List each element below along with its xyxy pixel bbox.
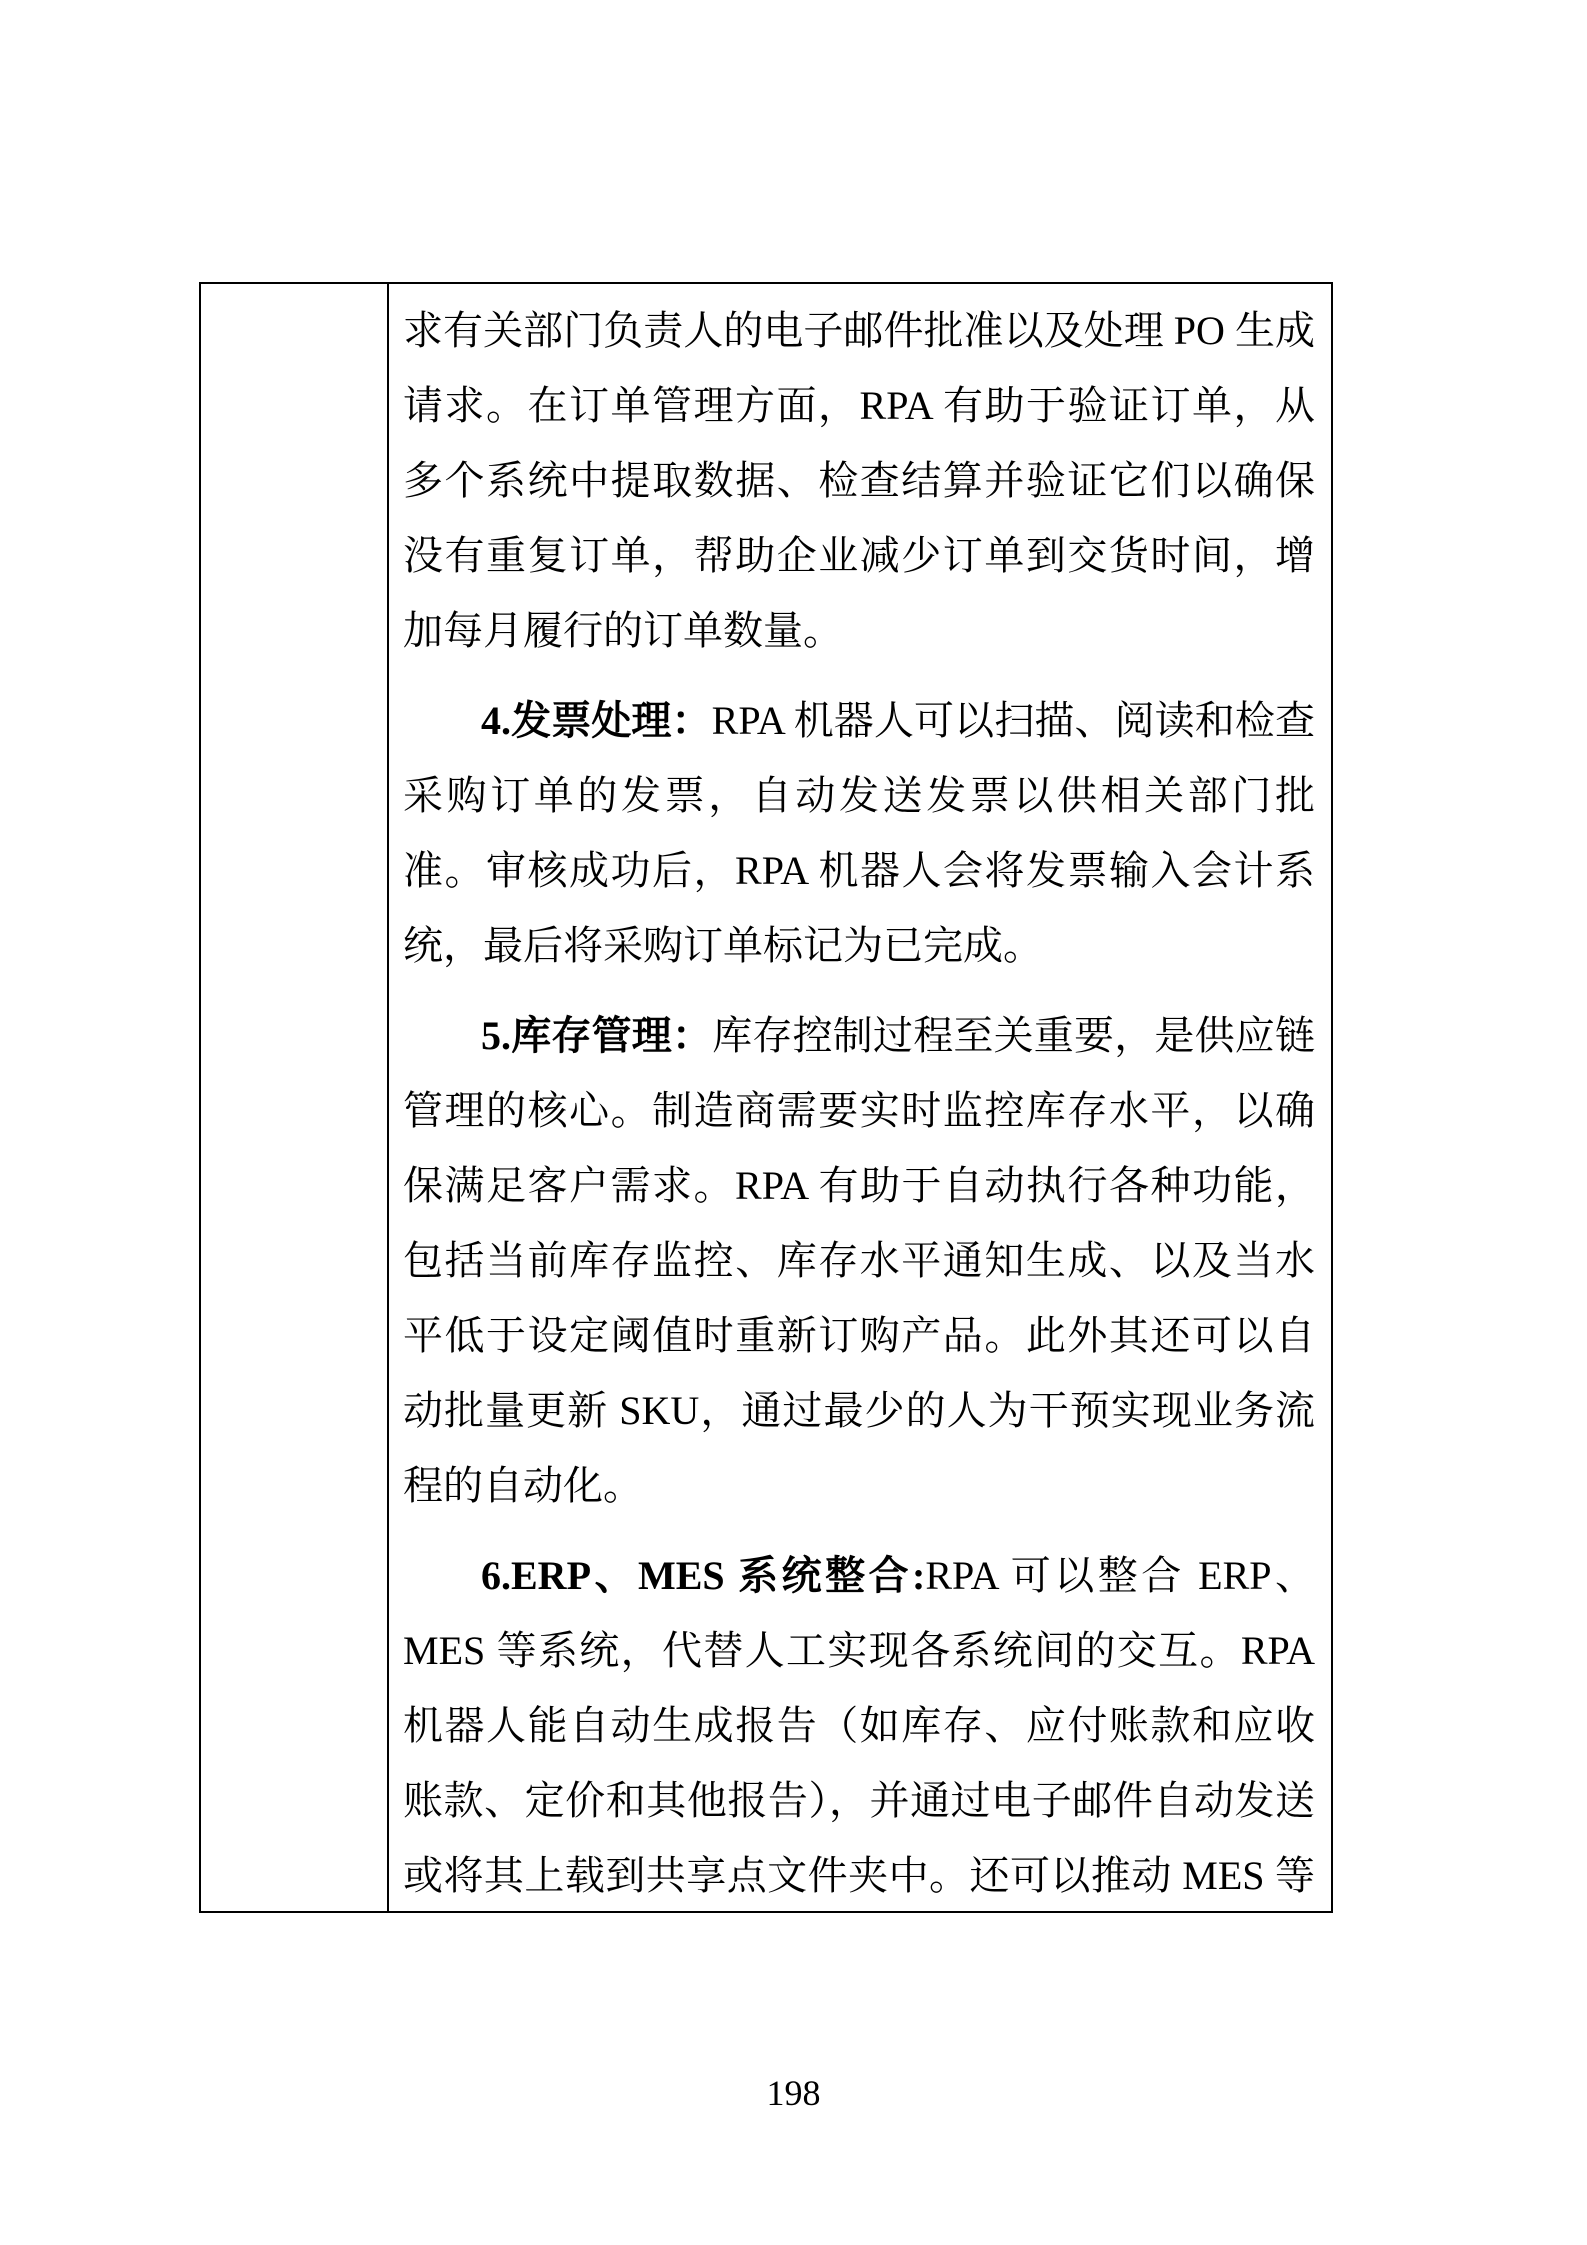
paragraph-head: 4.发票处理： bbox=[481, 698, 712, 743]
paragraph: 6.ERP、MES 系统整合:RPA 可以整合 ERP、MES 等系统，代替人工… bbox=[403, 1538, 1315, 1911]
paragraph-head: 5.库存管理： bbox=[481, 1013, 712, 1058]
paragraph-body: RPA 可以整合 ERP、MES 等系统，代替人工实现各系统间的交互。RPA 机… bbox=[403, 1553, 1315, 1911]
paragraph-head: 6.ERP、MES 系统整合: bbox=[481, 1553, 925, 1598]
paragraph: 求有关部门负责人的电子邮件批准以及处理 PO 生成请求。在订单管理方面，RPA … bbox=[403, 293, 1315, 668]
paragraph: 5.库存管理：库存控制过程至关重要，是供应链管理的核心。制造商需要实时监控库存水… bbox=[403, 998, 1315, 1523]
paragraph-body: 求有关部门负责人的电子邮件批准以及处理 PO 生成请求。在订单管理方面，RPA … bbox=[403, 308, 1315, 653]
table-content-cell: 求有关部门负责人的电子邮件批准以及处理 PO 生成请求。在订单管理方面，RPA … bbox=[389, 284, 1331, 1911]
content-table: 求有关部门负责人的电子邮件批准以及处理 PO 生成请求。在订单管理方面，RPA … bbox=[199, 282, 1333, 1913]
table-empty-cell bbox=[201, 284, 389, 1911]
paragraph-body: 库存控制过程至关重要，是供应链管理的核心。制造商需要实时监控库存水平，以确保满足… bbox=[403, 1013, 1315, 1508]
paragraph: 4.发票处理：RPA 机器人可以扫描、阅读和检查采购订单的发票，自动发送发票以供… bbox=[403, 683, 1315, 983]
page-number: 198 bbox=[0, 2072, 1587, 2114]
document-page: 求有关部门负责人的电子邮件批准以及处理 PO 生成请求。在订单管理方面，RPA … bbox=[0, 0, 1587, 2245]
